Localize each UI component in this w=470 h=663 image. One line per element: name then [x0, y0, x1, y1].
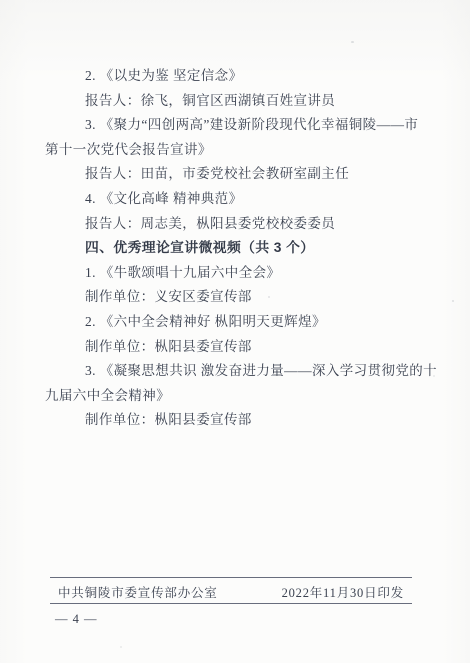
- footer-rule-top: [50, 577, 412, 578]
- doc-line-reporter-xufei: 报告人：徐飞，铜官区西湖镇百姓宣讲员: [45, 89, 455, 114]
- print-date: 2022年11月30日印发: [282, 583, 404, 601]
- doc-line-video-2-producer: 制作单位：枞阳县委宣传部: [45, 335, 455, 360]
- document-body: 2. 《以史为鉴 坚定信念》 报告人：徐飞，铜官区西湖镇百姓宣讲员 3. 《聚力…: [45, 64, 455, 433]
- doc-line-video-3-producer: 制作单位：枞阳县委宣传部: [45, 408, 455, 433]
- doc-line-item-4-title: 4. 《文化高峰 精神典范》: [45, 187, 455, 212]
- doc-line-video-2-title: 2. 《六中全会精神好 枞阳明天更辉煌》: [45, 310, 455, 335]
- section-heading-videos: 四、优秀理论宣讲微视频（共 3 个）: [45, 236, 455, 261]
- doc-line-video-1-title: 1. 《牛歌颂唱十九届六中全会》: [45, 261, 455, 286]
- scanned-document-page: 2. 《以史为鉴 坚定信念》 报告人：徐飞，铜官区西湖镇百姓宣讲员 3. 《聚力…: [0, 0, 470, 663]
- doc-line-video-1-producer: 制作单位：义安区委宣传部: [45, 285, 455, 310]
- doc-line-item-3-title: 3. 《聚力“四创两高”建设新阶段现代化幸福铜陵——市: [45, 113, 455, 138]
- doc-line-video-3-title: 3. 《凝聚思想共识 激发奋进力量——深入学习贯彻党的十: [45, 359, 455, 384]
- scan-speck: [120, 646, 122, 648]
- issuing-office: 中共铜陵市委宣传部办公室: [58, 583, 218, 601]
- doc-line-video-3-title-cont: 九届六中全会精神》: [45, 384, 455, 409]
- colophon-row: 中共铜陵市委宣传部办公室 2022年11月30日印发: [50, 580, 412, 603]
- doc-line-reporter-tianmiao: 报告人：田苗，市委党校社会教研室副主任: [45, 162, 455, 187]
- page-number: — 4 —: [55, 612, 98, 627]
- doc-line-item-3-title-cont: 第十一次党代会报告宣讲》: [45, 138, 455, 163]
- footer-rule-bottom: [50, 603, 412, 604]
- doc-line-reporter-zhouzhimei: 报告人：周志美，枞阳县委党校校委委员: [45, 212, 455, 237]
- doc-line-item-2-title: 2. 《以史为鉴 坚定信念》: [45, 64, 455, 89]
- scan-speck: [351, 41, 354, 43]
